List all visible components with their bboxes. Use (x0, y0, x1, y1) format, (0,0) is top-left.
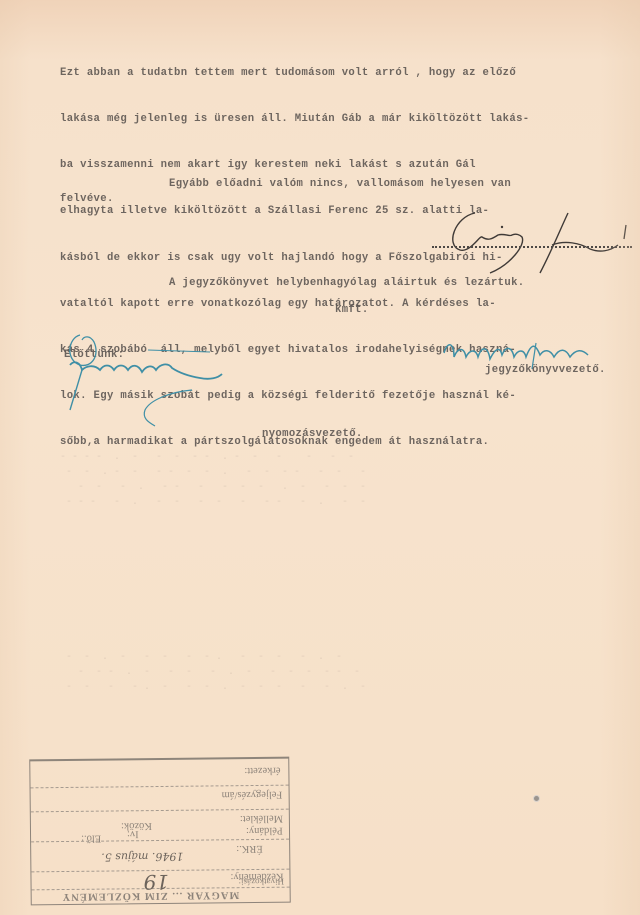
paragraph-line: ba visszamenni nem akart igy kerestem ne… (60, 158, 530, 173)
stamp-field-prior: Elő.: (81, 833, 101, 844)
registry-stamp: érkezett: Feljegyzés/ám Melléklet: Közök… (29, 757, 291, 906)
closing-statement: Egyább előadni valóm nincs, vallomásom h… (169, 177, 511, 192)
punch-hole-mark (533, 795, 540, 802)
paragraph-line: vataltól kapott erre vonatkozólag egy ha… (60, 297, 530, 312)
kmft-abbreviation: kmft. (335, 303, 369, 318)
stamp-handwritten-number: 19 (143, 870, 169, 894)
paragraph-line: lakása még jelenleg is üresen áll. Miutá… (60, 112, 530, 127)
protocol-closing: A jegyzőkönyvet helybenhagyólag aláirtuk… (169, 276, 525, 291)
reverse-side-bleed: - - . - - - - - . - - - - . - - - - . - … (60, 650, 620, 695)
document-page: - - - - . - - - - - . - - - - - - - - . … (0, 0, 640, 915)
signature-dotted-line (432, 246, 632, 248)
stamp-field-reference: Hivatkozási: (238, 877, 284, 887)
stamp-field-received: érkezett: (244, 765, 280, 776)
stamp-field-attachment: Melléklet: (240, 813, 283, 824)
stamp-handwritten-date: 1946. május 5. (101, 850, 183, 864)
closing-statement-continued: felvéve. (60, 192, 114, 207)
stamp-field-sheet: Iv: (127, 828, 139, 839)
investigator-title: nyomozásvezető. (262, 427, 363, 442)
stamp-field-note: Feljegyzés/ám (222, 789, 283, 801)
investigator-signature (60, 330, 230, 435)
witness-signature (440, 205, 640, 280)
stamp-field-copy: Példány: (246, 825, 283, 836)
stamp-field-received-abbr: ÉRK.: (237, 843, 264, 854)
recorder-title: jegyzőkönyvvezető. (485, 363, 606, 378)
paragraph-line: Ezt abban a tudatbn tettem mert tudomáso… (60, 66, 530, 81)
